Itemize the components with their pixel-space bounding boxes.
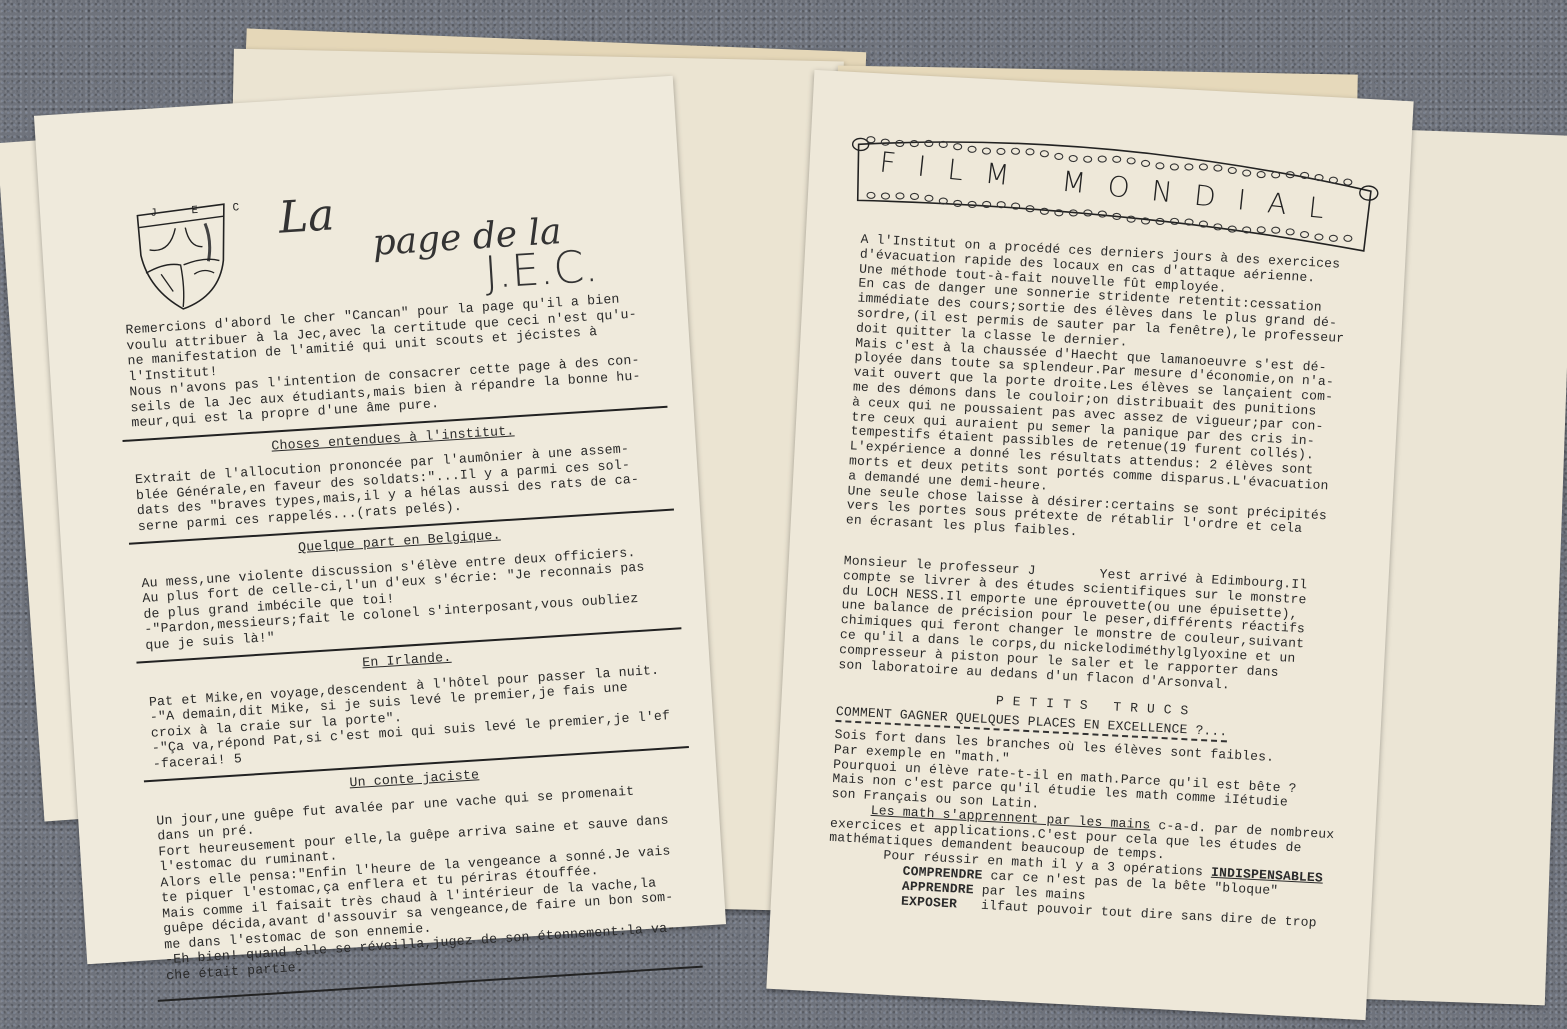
jec-page: J E C La page de la J.E.C. Remercions d'… xyxy=(34,76,726,965)
title-la: La xyxy=(277,189,336,243)
title-jec: J.E.C. xyxy=(483,241,599,299)
jec-content: Remercions d'abord le cher "Cancan" pour… xyxy=(125,290,687,1007)
section-body: Un jour,une guêpe fut avalée par une vac… xyxy=(156,780,686,983)
loch-ness-article: Monsieur le professeur J Yest arrivé à E… xyxy=(838,554,1363,699)
film-mondial-page: FILM MONDIAL A l'Institut on a procédé c… xyxy=(766,70,1413,1020)
evacuation-article: A l'Institut on a procédé ces derniers j… xyxy=(846,233,1381,556)
film-content: A l'Institut on a procédé ces derniers j… xyxy=(826,233,1381,933)
